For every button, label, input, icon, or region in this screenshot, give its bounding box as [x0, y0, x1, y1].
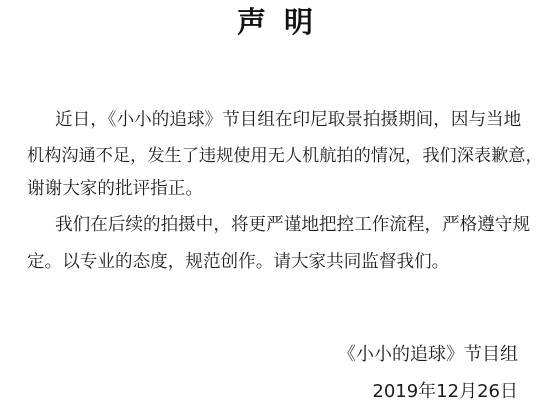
paragraph-2-line-1: 我们在后续的拍摄中，将更严谨地把控工作流程，严格遵守规 — [55, 213, 530, 237]
paragraph-1-line-1: 近日，《小小的追球》节目组在印尼取景拍摄期间，因与当地 — [55, 108, 521, 132]
paragraph-1-line-2: 机构沟通不足，发生了违规使用无人机航拍的情况，我们深表歉意， — [27, 144, 543, 168]
paragraph-2-line-2: 定。以专业的态度，规范创作。请大家共同监督我们。 — [27, 250, 449, 274]
date: 2019年12月26日 — [372, 380, 518, 404]
signature: 《小小的追球》节目组 — [338, 343, 518, 367]
document-title: 声明 — [0, 4, 550, 40]
paragraph-1-line-3: 谢谢大家的批评指正。 — [27, 177, 203, 201]
